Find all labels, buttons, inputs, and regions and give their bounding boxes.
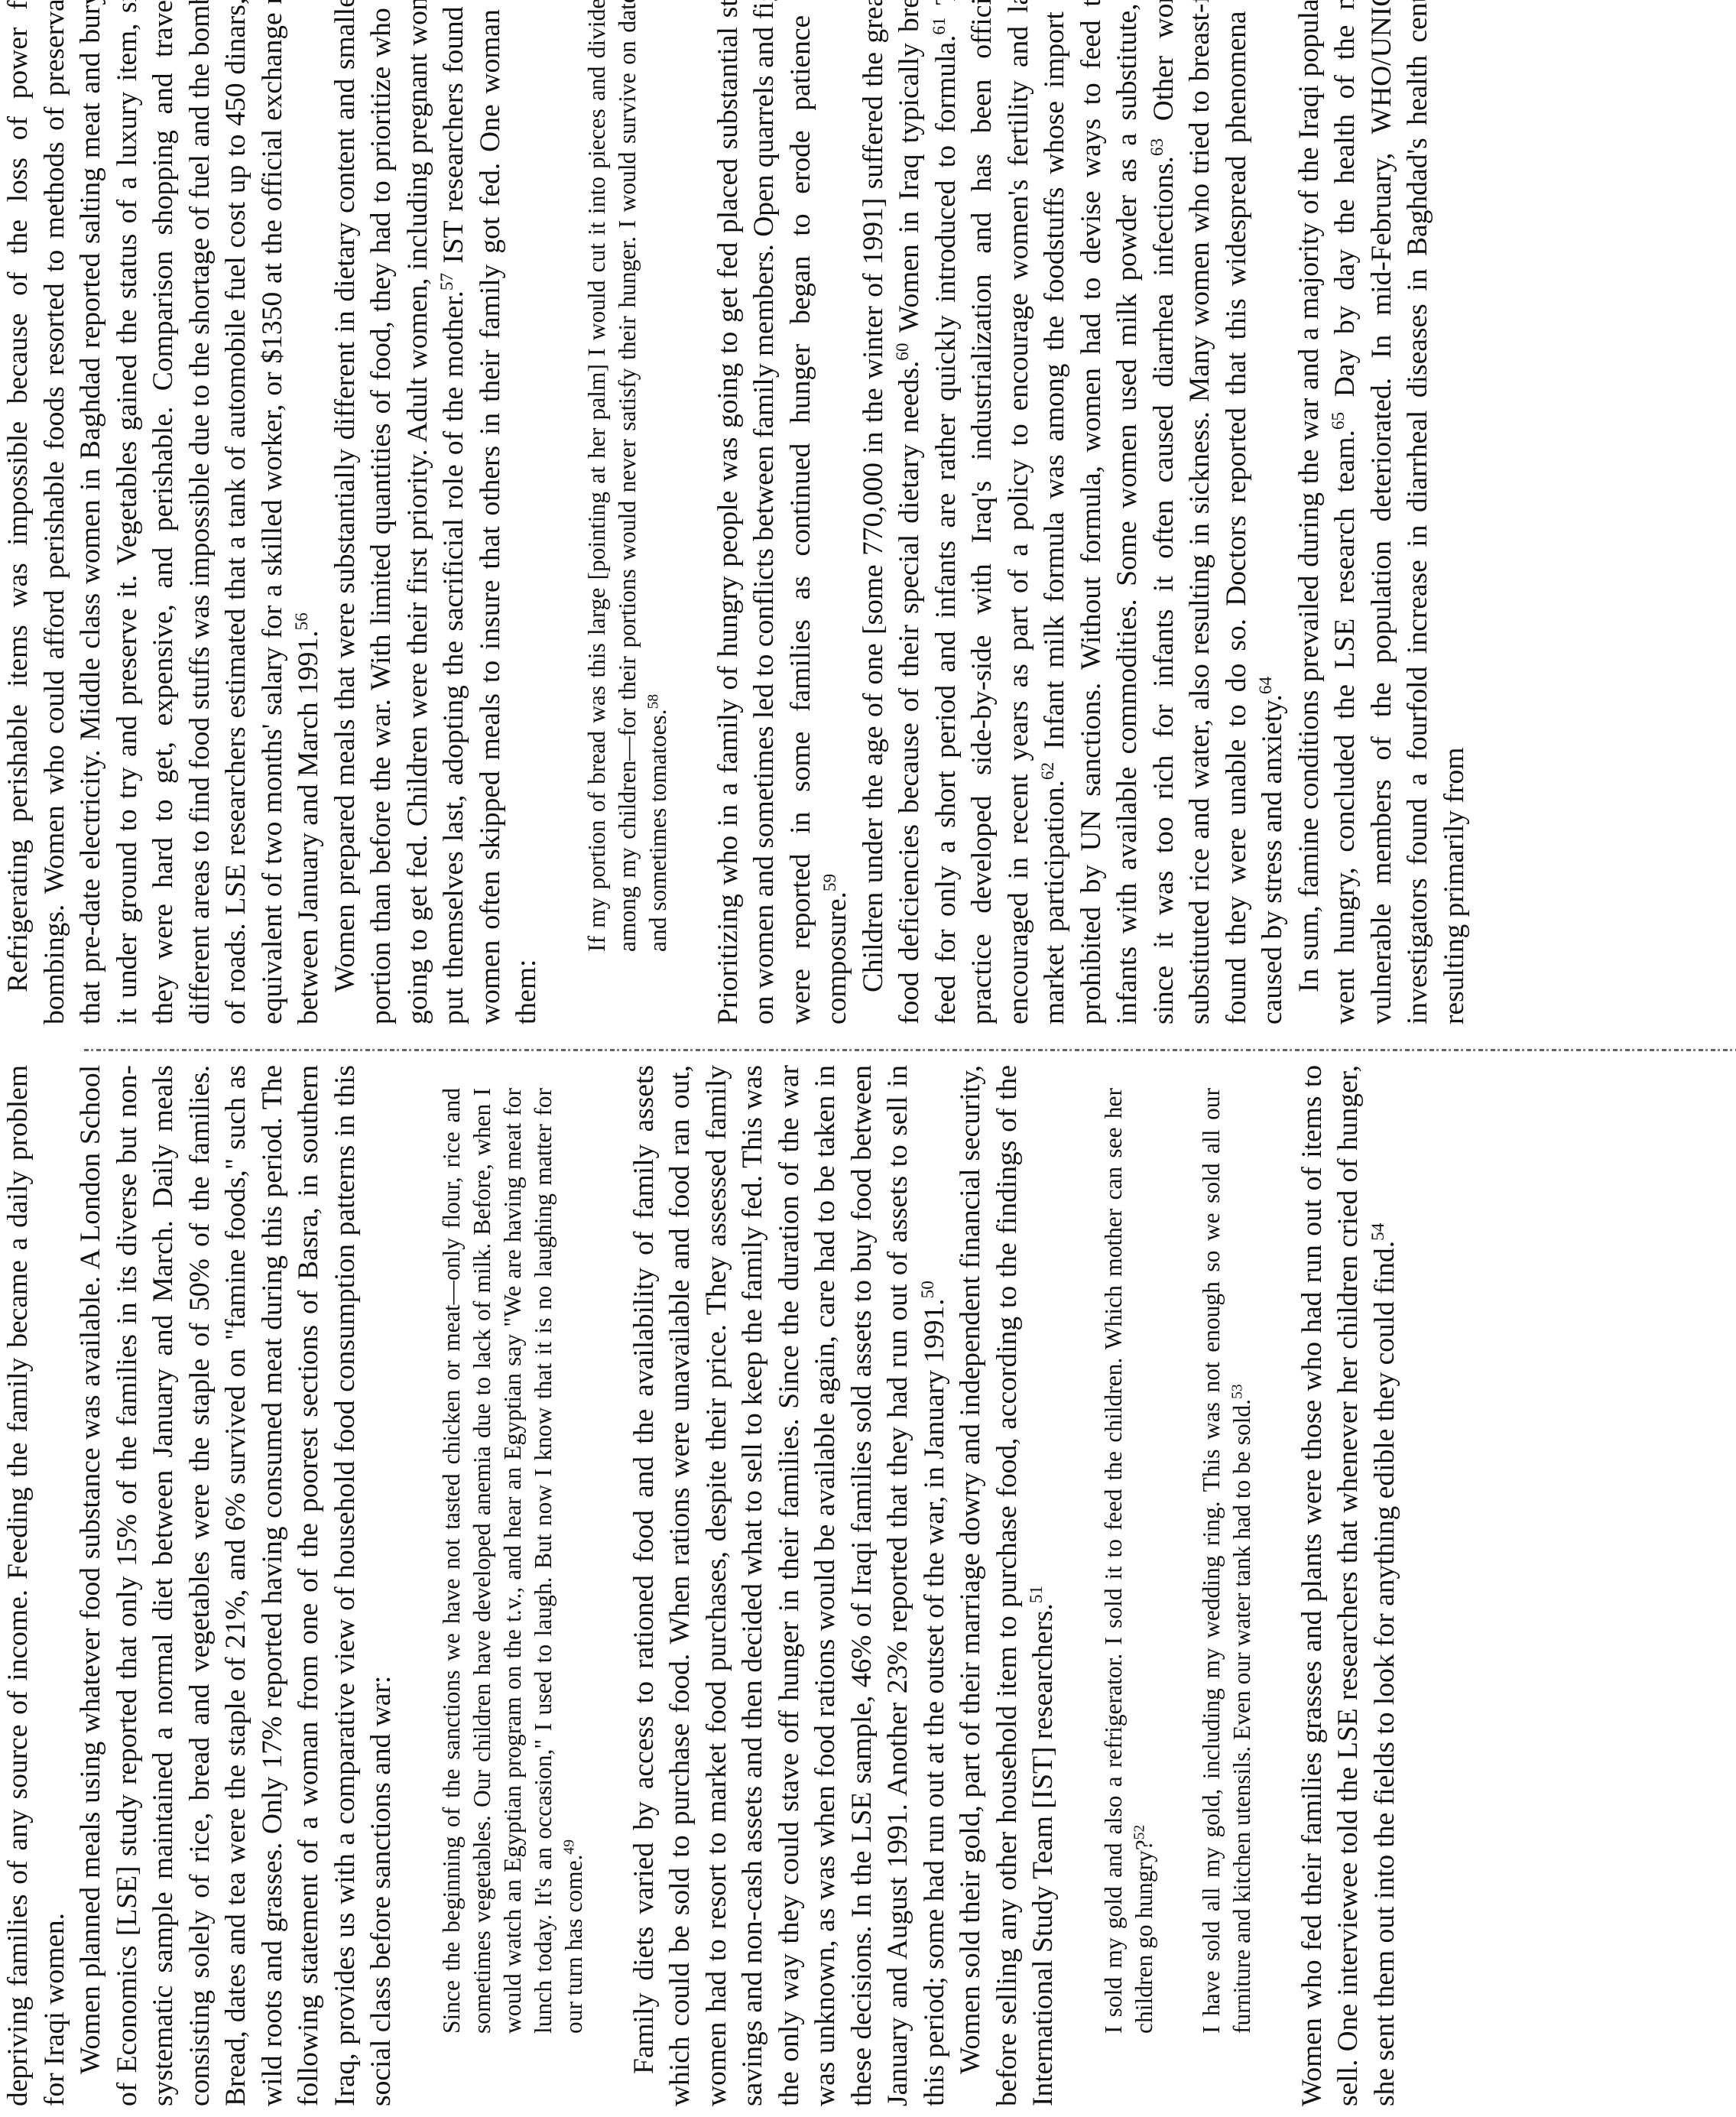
quote-text: If my portion of bread was this large [p… (583, 0, 671, 952)
paragraph-text: Women planned meals using whatever food … (75, 1065, 397, 2106)
block-quote-refrigerator: I sold my gold and also a refrigerator. … (1098, 1065, 1160, 2034)
footnote-marker[interactable]: 56 (292, 612, 312, 630)
paragraph-meals: Women prepared meals that were substanti… (327, 0, 545, 1024)
footnote-marker[interactable]: 60 (893, 343, 913, 360)
footnote-marker[interactable]: 54 (1368, 1223, 1388, 1241)
quote-text: I sold my gold and also a refrigerator. … (1100, 1088, 1157, 2034)
footnote-marker[interactable]: 62 (1038, 762, 1058, 780)
rotated-document-page: depriving families of any source of inco… (0, 0, 1736, 2117)
footnote-marker[interactable]: 59 (820, 874, 840, 891)
paragraph-refrigerating: Refrigerating perishable items was impos… (0, 0, 327, 1024)
footnote-marker[interactable]: 57 (437, 273, 457, 291)
paragraph-continuation: depriving families of any source of inco… (0, 1065, 73, 2106)
paragraph-text: Women who fed their families grasses and… (1296, 1065, 1400, 2106)
footnote-marker[interactable]: 63 (1147, 138, 1167, 156)
paragraph-in-sum: In sum, famine conditions prevailed duri… (1291, 0, 1473, 1024)
footnote-marker[interactable]: 53 (1229, 1384, 1245, 1399)
footnote-marker[interactable]: 65 (1329, 412, 1348, 430)
paragraph-text: Prioritizing who in a family of hungry p… (712, 0, 853, 1024)
paragraph-family-diets: Family diets varied by access to ratione… (626, 1065, 953, 2106)
block-quote-basra: Since the beginning of the sanctions we … (436, 1065, 589, 2034)
paragraph-lse-study: Women planned meals using whatever food … (73, 1065, 400, 2106)
footnote-marker[interactable]: 52 (1131, 1825, 1147, 1840)
footnote-marker[interactable]: 50 (918, 1281, 938, 1298)
block-quote-wedding-ring: I have sold all my gold, including my we… (1196, 1065, 1257, 2034)
paragraph-children-under-one: Children under the age of one [some 770,… (855, 0, 1291, 1024)
paragraph-text: depriving families of any source of inco… (2, 1065, 70, 2106)
left-column: depriving families of any source of inco… (0, 1065, 1736, 2106)
right-column: Refrigerating perishable items was impos… (0, 0, 1736, 1024)
quote-text: I have sold all my gold, including my we… (1198, 1088, 1255, 2034)
footnote-marker[interactable]: 58 (645, 694, 661, 709)
paragraph-grasses: Women who fed their families grasses and… (1294, 1065, 1403, 2106)
footnote-marker[interactable]: 61 (930, 17, 949, 34)
quote-text: Since the beginning of the sanctions we … (438, 1088, 587, 2034)
block-quote-bread: If my portion of bread was this large [p… (582, 0, 673, 952)
paragraph-gold: Women sold their gold, part of their mar… (952, 1065, 1062, 2106)
footnote-marker[interactable]: 64 (1256, 677, 1276, 694)
paragraph-text: Family diets varied by access to ratione… (628, 1065, 950, 2106)
footnote-marker[interactable]: 51 (1027, 1586, 1046, 1603)
paragraph-text: Refrigerating perishable items was impos… (2, 0, 324, 1024)
column-divider-scan-artifact (84, 1049, 1736, 1051)
footnote-marker[interactable]: 49 (561, 1839, 577, 1855)
paragraph-prioritizing: Prioritizing who in a family of hungry p… (710, 0, 855, 1024)
